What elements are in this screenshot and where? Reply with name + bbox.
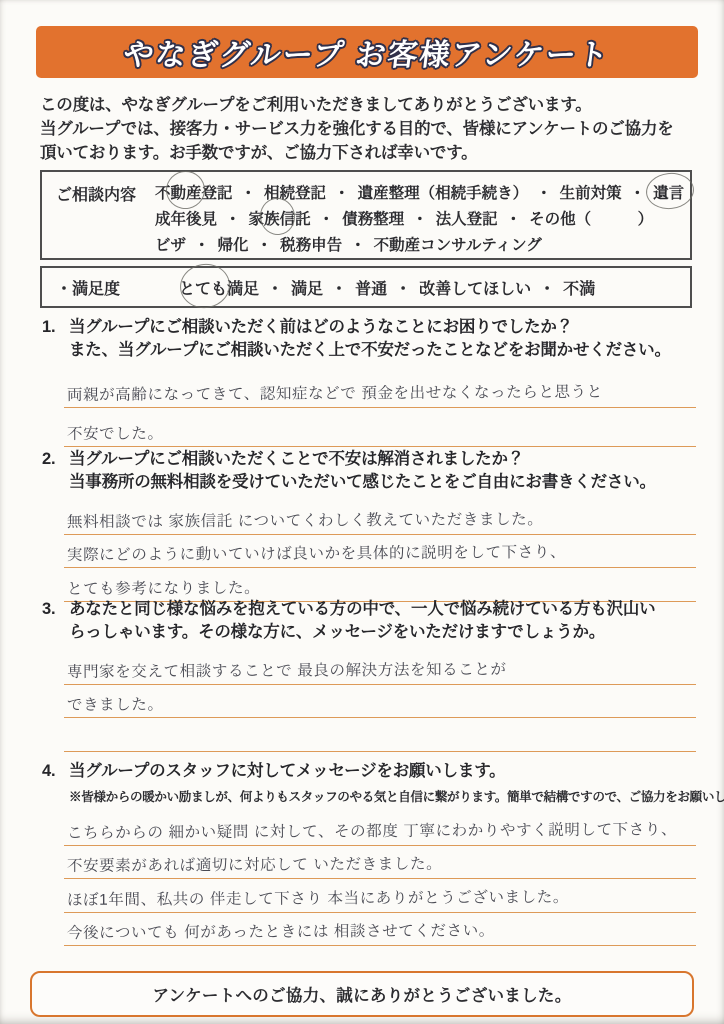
option-other: その他（ ）	[528, 207, 654, 233]
option-separator: ・	[260, 276, 290, 299]
answer-line: 不安要素があれば適切に対応して いただきました。	[64, 846, 696, 880]
option-separator: ・	[623, 181, 653, 207]
question-text-line: 当グループにご相談いただく前はどのようなことにお困りでしたか？	[69, 316, 671, 339]
option-estate-settlement: 遺産整理（相続手続き）	[357, 181, 530, 207]
question-text-line: 当グループのスタッフに対してメッセージをお願いします。	[69, 760, 505, 783]
satisfaction-box: ・満足度 とても満足・満足・普通・改善してほしい・不満	[40, 266, 692, 308]
option-family-trust: 家族信託	[248, 207, 312, 233]
question-block-3: 3. あなたと同じ様な悩みを抱えている方の中で、一人で悩み続けている方も沢山い …	[42, 598, 696, 752]
option-tax-filing: 税務申告	[279, 233, 343, 259]
question-block-1: 1. 当グループにご相談いただく前はどのようなことにお困りでしたか？ また、当グ…	[42, 316, 696, 447]
handwriting-text: 専門家を交えて相談することで 最良の解決方法を知ることが	[67, 657, 507, 682]
option-separator: ・	[234, 181, 264, 207]
question-4-head: 4. 当グループのスタッフに対してメッセージをお願いします。	[42, 760, 696, 783]
answer-line: とても参考になりました。	[64, 568, 696, 602]
option-naturalization: 帰化	[217, 233, 250, 259]
question-text-line: あなたと同じ様な悩みを抱えている方の中で、一人で悩み続けている方も沢山い	[69, 598, 655, 621]
handwriting-text: 不安要素があれば適切に対応して いただきました。	[67, 852, 442, 876]
option-real-estate-consulting: 不動産コンサルティング	[373, 233, 543, 259]
option-separator: ・	[405, 207, 435, 233]
intro-line: この度は、やなぎグループをご利用いただきましてありがとうございます。	[40, 93, 698, 117]
question-2-head: 2. 当グループにご相談いただくことで不安は解消されましたか？ 当事務所の無料相…	[42, 448, 696, 494]
option-neutral: 普通	[354, 276, 388, 299]
question-number: 1.	[42, 316, 69, 362]
option-separator: ・	[343, 233, 373, 259]
survey-page: やなぎグループ お客様アンケート この度は、やなぎグループをご利用いただきまして…	[0, 0, 724, 1024]
answer-line: ほぼ1年間、私共の 伴走して下さり 本当にありがとうございました。	[64, 879, 696, 913]
answer-line: 無料相談では 家族信託 についてくわしく教えていただきました。	[64, 501, 696, 535]
answer-area-3: 専門家を交えて相談することで 最良の解決方法を知ることが できました。	[64, 651, 696, 752]
option-visa: ビザ	[154, 233, 187, 259]
question-text-line: らっしゃいます。その様な方に、メッセージをいただけますでしょうか。	[69, 621, 655, 644]
option-adult-guardianship: 成年後見	[154, 207, 218, 233]
answer-line: 実際にどのように動いていけば良いかを具体的に説明をして下さり、	[64, 535, 696, 569]
handwriting-text: 無料相談では 家族信託 についてくわしく教えていただきました。	[67, 507, 544, 532]
intro-text: この度は、やなぎグループをご利用いただきましてありがとうございます。 当グループ…	[40, 93, 698, 165]
option-separator: ・	[499, 207, 529, 233]
satisfaction-label: ・満足度	[56, 276, 178, 299]
handwriting-text: 両親が高齢になってきて、認知症などで 預金を出せなくなったらと思うと	[67, 380, 603, 405]
handwriting-text: 今後についても 何があったときには 相談させてください。	[67, 918, 495, 943]
header-banner: やなぎグループ お客様アンケート	[36, 26, 698, 78]
option-inheritance-registration: 相続登記	[263, 181, 327, 207]
option-dissatisfied: 不満	[562, 276, 596, 299]
option-needs-improvement: 改善してほしい	[418, 276, 532, 299]
option-separator: ・	[324, 276, 354, 299]
answer-area-2: 無料相談では 家族信託 についてくわしく教えていただきました。 実際にどのように…	[64, 501, 696, 602]
option-debt-settlement: 債務整理	[341, 207, 405, 233]
question-text-line: また、当グループにご相談いただく上で不安だったことなどをお聞かせください。	[69, 339, 671, 362]
footer-banner: アンケートへのご協力、誠にありがとうございました。	[30, 971, 694, 1017]
answer-line	[64, 718, 696, 752]
question-3-head: 3. あなたと同じ様な悩みを抱えている方の中で、一人で悩み続けている方も沢山い …	[42, 598, 696, 644]
answer-line: できました。	[64, 685, 696, 719]
consultation-row: 成年後見・家族信託・債務整理・法人登記・その他（ ）	[154, 207, 685, 233]
consultation-row: ビザ・帰化・税務申告・不動産コンサルティング	[154, 233, 685, 259]
option-corporate-registration: 法人登記	[435, 207, 499, 233]
answer-line: 今後についても 何があったときには 相談させてください。	[64, 913, 696, 947]
answer-line: こちらからの 細かい疑問 に対して、その都度 丁寧にわかりやすく説明して下さり、	[64, 812, 696, 846]
option-separator: ・	[218, 207, 248, 233]
consultation-row: 不動産登記・相続登記・遺産整理（相続手続き）・生前対策・遺言	[154, 181, 685, 207]
answer-line: 両親が高齢になってきて、認知症などで 預金を出せなくなったらと思うと	[64, 369, 696, 408]
handwriting-text: 不安でした。	[67, 421, 164, 444]
question-number: 4.	[42, 760, 69, 783]
footer-message: アンケートへのご協力、誠にありがとうございました。	[152, 982, 571, 1006]
option-satisfied: 満足	[290, 276, 324, 299]
question-number: 2.	[42, 448, 69, 494]
handwriting-text: とても参考になりました。	[67, 575, 260, 598]
satisfaction-options: とても満足・満足・普通・改善してほしい・不満	[178, 276, 596, 299]
intro-line: 当グループでは、接客力・サービス力を強化する目的で、皆様にアンケートのご協力を	[40, 117, 698, 141]
handwriting-text: できました。	[67, 692, 164, 715]
option-real-estate-registration: 不動産登記	[154, 181, 234, 207]
option-separator: ・	[532, 276, 562, 299]
question-1-head: 1. 当グループにご相談いただく前はどのようなことにお困りでしたか？ また、当グ…	[42, 316, 696, 362]
option-will: 遺言	[652, 181, 685, 207]
handwriting-text: ほぼ1年間、私共の 伴走して下さり 本当にありがとうございました。	[67, 884, 569, 909]
option-separator: ・	[388, 276, 418, 299]
option-pre-death-planning: 生前対策	[559, 181, 623, 207]
answer-line: 専門家を交えて相談することで 最良の解決方法を知ることが	[64, 651, 696, 685]
consultation-label: ご相談内容	[56, 181, 154, 254]
option-separator: ・	[312, 207, 342, 233]
option-separator: ・	[250, 233, 280, 259]
handwriting-text: こちらからの 細かい疑問 に対して、その都度 丁寧にわかりやすく説明して下さり、	[67, 817, 677, 843]
question-block-4: 4. 当グループのスタッフに対してメッセージをお願いします。 ※皆様からの暖かい…	[42, 760, 696, 946]
consultation-options: 不動産登記・相続登記・遺産整理（相続手続き）・生前対策・遺言 成年後見・家族信託…	[154, 181, 685, 254]
option-separator: ・	[327, 181, 357, 207]
answer-area-1: 両親が高齢になってきて、認知症などで 預金を出せなくなったらと思うと 不安でした…	[64, 369, 696, 447]
intro-line: 頂いております。お手数ですが、ご協力下されば幸いです。	[40, 141, 698, 165]
page-title: やなぎグループ お客様アンケート	[121, 30, 613, 74]
question-number: 3.	[42, 598, 69, 644]
question-note: ※皆様からの暖かい励ましが、何よりもスタッフのやる気と自信に繋がります。簡単で結…	[69, 786, 696, 805]
consultation-box: ご相談内容 不動産登記・相続登記・遺産整理（相続手続き）・生前対策・遺言 成年後…	[40, 170, 692, 260]
answer-area-4: こちらからの 細かい疑問 に対して、その都度 丁寧にわかりやすく説明して下さり、…	[64, 812, 696, 946]
question-block-2: 2. 当グループにご相談いただくことで不安は解消されましたか？ 当事務所の無料相…	[42, 448, 696, 602]
option-separator: ・	[529, 181, 559, 207]
option-separator: ・	[187, 233, 217, 259]
handwriting-text: 実際にどのように動いていけば良いかを具体的に説明をして下さり、	[67, 540, 566, 565]
question-text-line: 当事務所の無料相談を受けていただいて感じたことをご自由にお書きください。	[69, 471, 656, 494]
question-text-line: 当グループにご相談いただくことで不安は解消されましたか？	[69, 448, 656, 471]
answer-line: 不安でした。	[64, 408, 696, 447]
option-very-satisfied: とても満足	[178, 276, 260, 299]
